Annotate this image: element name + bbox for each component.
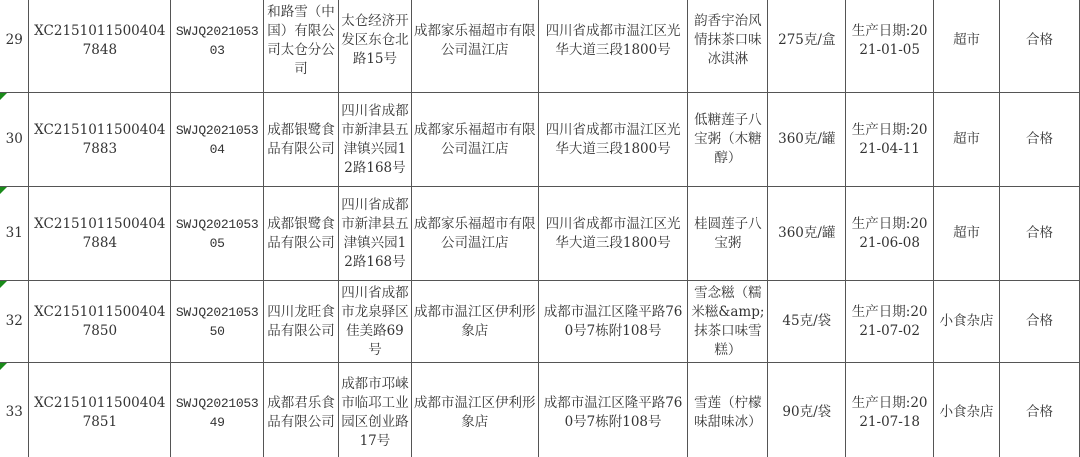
row-index: 29 xyxy=(6,32,23,48)
comment-marker-icon xyxy=(0,187,7,194)
sample-number-cell[interactable]: SWJQ202105350 xyxy=(171,281,264,363)
producer-cell[interactable]: 四川龙旺食品有限公司 xyxy=(264,281,339,363)
channel-cell[interactable]: 小食杂店 xyxy=(934,363,1000,457)
sample-number-cell[interactable]: SWJQ202105349 xyxy=(171,363,264,457)
sampled-unit-cell[interactable]: 成都家乐福超市有限公司温江店 xyxy=(411,187,538,281)
row-index: 31 xyxy=(6,225,23,241)
product-name-cell[interactable]: 桂圆莲子八宝粥 xyxy=(688,187,768,281)
product-name-cell[interactable]: 雪莲（柠檬味甜味冰） xyxy=(688,363,768,457)
row-index-cell[interactable]: 30 xyxy=(0,93,29,187)
spec-cell[interactable]: 275克/盒 xyxy=(768,0,846,93)
row-index-cell[interactable]: 32 xyxy=(0,281,29,363)
channel-cell[interactable]: 超市 xyxy=(934,0,1000,93)
row-index: 32 xyxy=(6,313,23,329)
producer-cell[interactable]: 成都银鹭食品有限公司 xyxy=(264,93,339,187)
table-row: 29 XC21510115004047848 SWJQ202105303 和路雪… xyxy=(0,0,1080,93)
spec-cell[interactable]: 360克/罐 xyxy=(768,93,846,187)
report-number-cell[interactable]: XC21510115004047850 xyxy=(29,281,171,363)
report-number-cell[interactable]: XC21510115004047851 xyxy=(29,363,171,457)
result-cell[interactable]: 合格 xyxy=(1000,363,1080,457)
row-index-cell[interactable]: 29 xyxy=(0,0,29,93)
producer-address-cell[interactable]: 太仓经济开发区东仓北路15号 xyxy=(339,0,412,93)
producer-cell[interactable]: 和路雪（中国）有限公司太仓分公司 xyxy=(264,0,339,93)
production-date-cell[interactable]: 生产日期:2021-04-11 xyxy=(846,93,934,187)
report-number-cell[interactable]: XC21510115004047883 xyxy=(29,93,171,187)
sampled-unit-cell[interactable]: 成都家乐福超市有限公司温江店 xyxy=(411,93,538,187)
result-cell[interactable]: 合格 xyxy=(1000,187,1080,281)
table-row: 30 XC21510115004047883 SWJQ202105304 成都银… xyxy=(0,93,1080,187)
row-index-cell[interactable]: 33 xyxy=(0,363,29,457)
comment-marker-icon xyxy=(0,93,7,100)
production-date-cell[interactable]: 生产日期:2021-07-02 xyxy=(846,281,934,363)
report-number-cell[interactable]: XC21510115004047848 xyxy=(29,0,171,93)
producer-address-cell[interactable]: 四川省成都市新津县五津镇兴园12路168号 xyxy=(339,187,412,281)
product-name-cell[interactable]: 低糖莲子八宝粥（木糖醇） xyxy=(688,93,768,187)
table-row: 33 XC21510115004047851 SWJQ202105349 成都君… xyxy=(0,363,1080,457)
table-row: 32 XC21510115004047850 SWJQ202105350 四川龙… xyxy=(0,281,1080,363)
producer-cell[interactable]: 成都银鹭食品有限公司 xyxy=(264,187,339,281)
product-name-cell[interactable]: 韵香宇治风情抹茶口味冰淇淋 xyxy=(688,0,768,93)
channel-cell[interactable]: 小食杂店 xyxy=(934,281,1000,363)
sampled-unit-cell[interactable]: 成都市温江区伊利形象店 xyxy=(411,281,538,363)
spec-cell[interactable]: 360克/罐 xyxy=(768,187,846,281)
report-number-cell[interactable]: XC21510115004047884 xyxy=(29,187,171,281)
table-row: 31 XC21510115004047884 SWJQ202105305 成都银… xyxy=(0,187,1080,281)
channel-cell[interactable]: 超市 xyxy=(934,187,1000,281)
production-date-cell[interactable]: 生产日期:2021-07-18 xyxy=(846,363,934,457)
sample-number-cell[interactable]: SWJQ202105304 xyxy=(171,93,264,187)
comment-marker-icon xyxy=(0,281,7,288)
row-index: 30 xyxy=(6,131,23,147)
spec-cell[interactable]: 90克/袋 xyxy=(768,363,846,457)
spec-cell[interactable]: 45克/袋 xyxy=(768,281,846,363)
producer-cell[interactable]: 成都君乐食品有限公司 xyxy=(264,363,339,457)
sampled-unit-address-cell[interactable]: 四川省成都市温江区光华大道三段1800号 xyxy=(538,0,688,93)
result-cell[interactable]: 合格 xyxy=(1000,0,1080,93)
producer-address-cell[interactable]: 成都市邛崃市临邛工业园区创业路17号 xyxy=(339,363,412,457)
sample-number-cell[interactable]: SWJQ202105303 xyxy=(171,0,264,93)
sampled-unit-address-cell[interactable]: 成都市温江区隆平路760号7栋附108号 xyxy=(538,281,688,363)
result-cell[interactable]: 合格 xyxy=(1000,93,1080,187)
channel-cell[interactable]: 超市 xyxy=(934,93,1000,187)
inspection-results-table: 29 XC21510115004047848 SWJQ202105303 和路雪… xyxy=(0,0,1080,457)
product-name-cell[interactable]: 雪念糍（糯米糍&amp;抹茶口味雪糕） xyxy=(688,281,768,363)
sampled-unit-address-cell[interactable]: 四川省成都市温江区光华大道三段1800号 xyxy=(538,187,688,281)
production-date-cell[interactable]: 生产日期:2021-06-08 xyxy=(846,187,934,281)
producer-address-cell[interactable]: 四川省成都市新津县五津镇兴园12路168号 xyxy=(339,93,412,187)
result-cell[interactable]: 合格 xyxy=(1000,281,1080,363)
comment-marker-icon xyxy=(0,363,7,370)
sampled-unit-address-cell[interactable]: 成都市温江区隆平路760号7栋附108号 xyxy=(538,363,688,457)
row-index: 33 xyxy=(6,404,23,420)
row-index-cell[interactable]: 31 xyxy=(0,187,29,281)
sampled-unit-address-cell[interactable]: 四川省成都市温江区光华大道三段1800号 xyxy=(538,93,688,187)
sampled-unit-cell[interactable]: 成都市温江区伊利形象店 xyxy=(411,363,538,457)
producer-address-cell[interactable]: 四川省成都市龙泉驿区佳美路69号 xyxy=(339,281,412,363)
sample-number-cell[interactable]: SWJQ202105305 xyxy=(171,187,264,281)
production-date-cell[interactable]: 生产日期:2021-01-05 xyxy=(846,0,934,93)
spreadsheet-view: 29 XC21510115004047848 SWJQ202105303 和路雪… xyxy=(0,0,1080,457)
sampled-unit-cell[interactable]: 成都家乐福超市有限公司温江店 xyxy=(411,0,538,93)
